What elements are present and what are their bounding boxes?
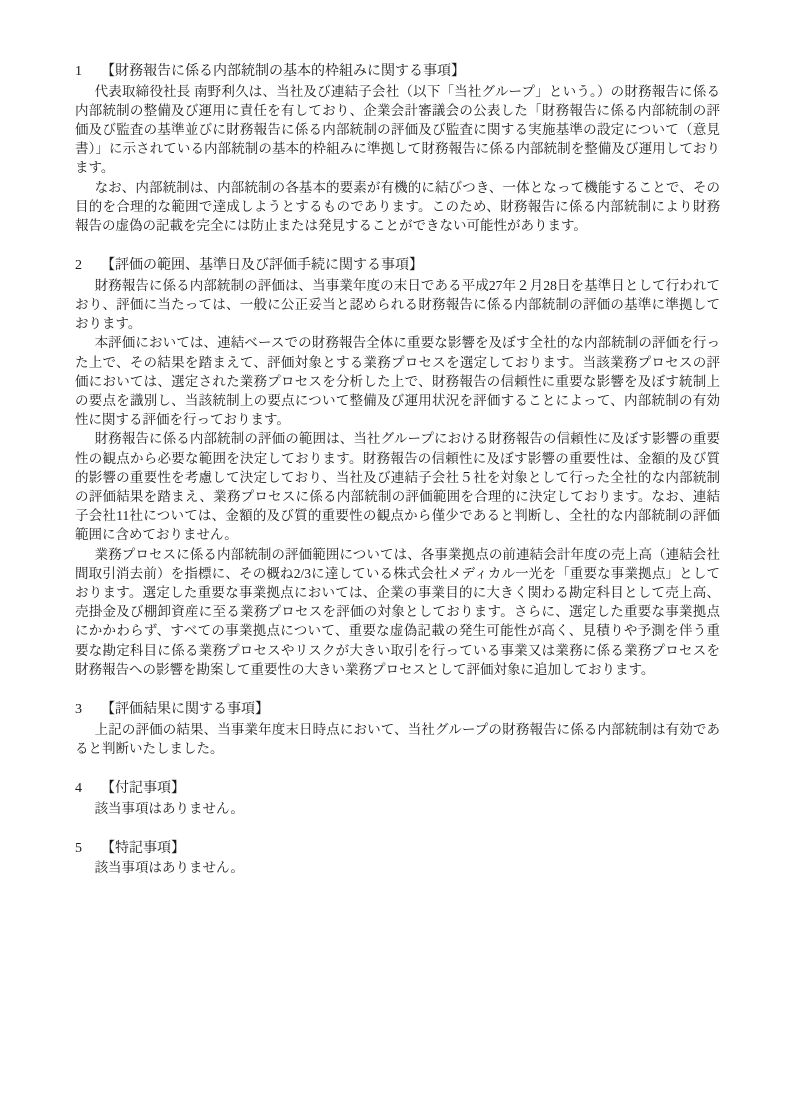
section-heading: 2 【評価の範囲、基準日及び評価手続に関する事項】 <box>75 256 720 276</box>
section-basic-framework: 1 【財務報告に係る内部統制の基本的枠組みに関する事項】 代表取締役社長 南野利… <box>75 62 720 235</box>
section-special-notes: 5 【特記事項】 該当事項はありません。 <box>75 839 720 878</box>
section-title: 【財務報告に係る内部統制の基本的枠組みに関する事項】 <box>101 62 465 82</box>
section-number: 4 <box>75 779 101 799</box>
paragraph: 代表取締役社長 南野利久は、当社及び連結子会社（以下「当社グループ」という。）の… <box>75 82 720 178</box>
section-title: 【評価結果に関する事項】 <box>101 700 269 720</box>
paragraph: 業務プロセスに係る内部統制の評価範囲については、各事業拠点の前連結会計年度の売上… <box>75 545 720 679</box>
paragraph: 該当事項はありません。 <box>75 858 720 877</box>
section-number: 5 <box>75 839 101 859</box>
section-supplementary-notes: 4 【付記事項】 該当事項はありません。 <box>75 779 720 818</box>
section-title: 【評価の範囲、基準日及び評価手続に関する事項】 <box>101 256 423 276</box>
section-number: 1 <box>75 62 101 82</box>
section-evaluation-result: 3 【評価結果に関する事項】 上記の評価の結果、当事業年度末日時点において、当社… <box>75 700 720 758</box>
document-page: 1 【財務報告に係る内部統制の基本的枠組みに関する事項】 代表取締役社長 南野利… <box>0 0 790 1118</box>
paragraph: なお、内部統制は、内部統制の各基本的要素が有機的に結びつき、一体となって機能する… <box>75 178 720 236</box>
section-title: 【付記事項】 <box>101 779 185 799</box>
section-heading: 5 【特記事項】 <box>75 839 720 859</box>
section-number: 2 <box>75 256 101 276</box>
section-heading: 1 【財務報告に係る内部統制の基本的枠組みに関する事項】 <box>75 62 720 82</box>
paragraph: 上記の評価の結果、当事業年度末日時点において、当社グループの財務報告に係る内部統… <box>75 720 720 758</box>
paragraph: 本評価においては、連結ベースでの財務報告全体に重要な影響を及ぼす全社的な内部統制… <box>75 333 720 429</box>
paragraph: 財務報告に係る内部統制の評価の範囲は、当社グループにおける財務報告の信頼性に及ぼ… <box>75 429 720 544</box>
section-heading: 3 【評価結果に関する事項】 <box>75 700 720 720</box>
section-evaluation-scope: 2 【評価の範囲、基準日及び評価手続に関する事項】 財務報告に係る内部統制の評価… <box>75 256 720 679</box>
paragraph: 該当事項はありません。 <box>75 799 720 818</box>
paragraph: 財務報告に係る内部統制の評価は、当事業年度の末日である平成27年２月28日を基準… <box>75 276 720 334</box>
section-heading: 4 【付記事項】 <box>75 779 720 799</box>
section-title: 【特記事項】 <box>101 839 185 859</box>
section-number: 3 <box>75 700 101 720</box>
